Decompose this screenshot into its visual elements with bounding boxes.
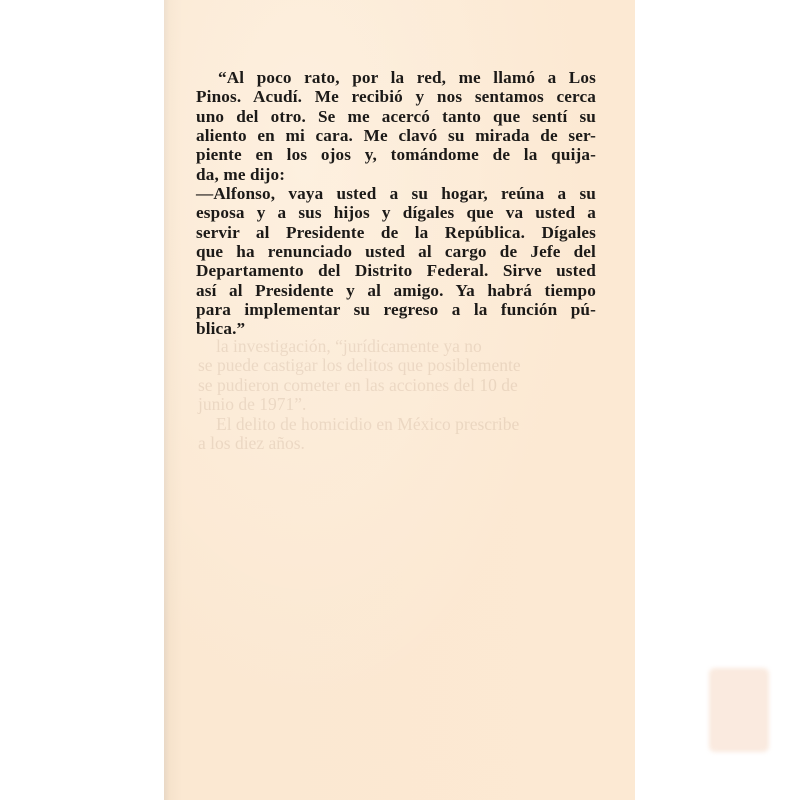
page-body-text: “Al poco rato, por la red, me llamó a Lo…	[196, 68, 596, 339]
text-line: piente en los ojos y, tomándome de la qu…	[196, 145, 596, 164]
text-line: para implementar su regreso a la función…	[196, 300, 596, 319]
bleed-through-line: El delito de homicidio en México prescri…	[198, 415, 598, 434]
paper-stain	[709, 668, 769, 752]
text-line: Pinos. Acudí. Me recibió y nos sentamos …	[196, 87, 596, 106]
text-line: así al Presidente y al amigo. Ya habrá t…	[196, 281, 596, 300]
text-line: esposa y a sus hijos y dígales que va us…	[196, 203, 596, 222]
text-line: servir al Presidente de la República. Dí…	[196, 223, 596, 242]
text-line: uno del otro. Se me acercó tanto que sen…	[196, 107, 596, 126]
bleed-through-line: se pudieron cometer en las acciones del …	[198, 376, 598, 395]
text-line: da, me dijo:	[196, 165, 596, 184]
text-line: aliento en mi cara. Me clavó su mirada d…	[196, 126, 596, 145]
text-line: —Alfonso, vaya usted a su hogar, reúna a…	[196, 184, 596, 203]
text-line: que ha renunciado usted al cargo de Jefe…	[196, 242, 596, 261]
bleed-through-line: se puede castigar los delitos que posibl…	[198, 356, 598, 375]
bleed-through-text: la investigación, “jurídicamente ya nose…	[198, 337, 598, 453]
bleed-through-line: a los diez años.	[198, 434, 598, 453]
text-line: blica.”	[196, 319, 596, 338]
bleed-through-line: junio de 1971”.	[198, 395, 598, 414]
bleed-through-line: la investigación, “jurídicamente ya no	[198, 337, 598, 356]
text-line: “Al poco rato, por la red, me llamó a Lo…	[196, 68, 596, 87]
text-line: Departamento del Distrito Federal. Sirve…	[196, 261, 596, 280]
